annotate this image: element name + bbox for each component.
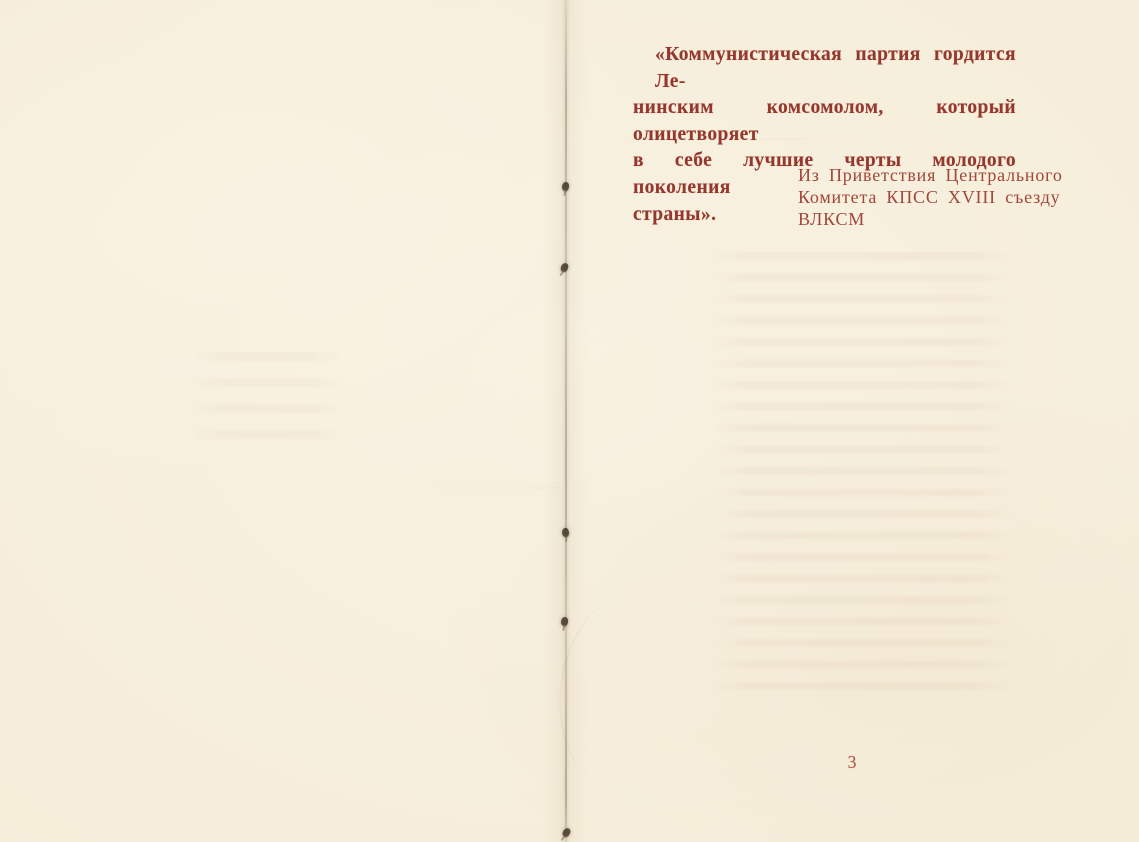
attribution-line: ВЛКСМ: [798, 209, 1088, 231]
attribution-block: Из Приветствия Центрального Комитета КПС…: [798, 165, 1088, 230]
attribution-line: Из Приветствия Центрального: [798, 165, 1088, 187]
stitch-mark: [561, 617, 568, 626]
left-page-blank: [0, 0, 566, 842]
quotation-line: «Коммунистическая партия гордится Ле-: [633, 42, 1016, 95]
page-spread: «Коммунистическая партия гордится Ле- ни…: [0, 0, 1139, 842]
quotation-line: нинским комсомолом, который олицетворяет: [633, 95, 1016, 148]
attribution-line: Комитета КПСС XVIII съезду: [798, 187, 1088, 209]
page-number: 3: [838, 752, 866, 773]
stitch-mark: [562, 182, 569, 191]
